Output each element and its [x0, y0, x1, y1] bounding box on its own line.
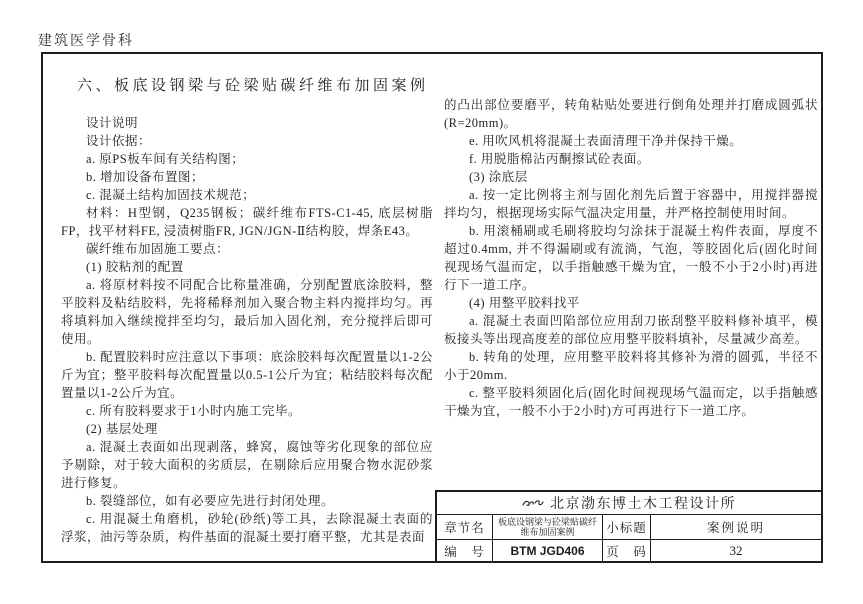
paragraph: b. 转角的处理，应用整平胶料将其修补为滑的圆弧，半径不小于20mm. [444, 348, 818, 384]
chapter-label: 章节名 [437, 515, 493, 539]
paragraph: a. 按一定比例将主剂与固化剂先后置于容器中，用搅拌器搅拌均匀，根据现场实际气温… [444, 186, 818, 222]
page-label: 页 码 [603, 540, 651, 561]
paragraph: a. 混凝土表面凹陷部位应用刮刀嵌刮整平胶料修补填平，模板接头等出现高度差的部位… [444, 312, 818, 348]
paragraph: (1) 胶粘剂的配置 [61, 258, 433, 276]
paragraph: a. 原PS板车间有关结构图； [61, 150, 433, 168]
signature-scribble-icon [522, 497, 544, 509]
paragraph: c. 用混凝土角磨机，砂轮(砂纸)等工具，去除混凝土表面的浮浆，油污等杂质，构件… [61, 510, 433, 546]
paragraph: e. 用吹风机将混凝土表面清理干净并保持干燥。 [444, 132, 818, 150]
document-page-frame: 六、板底设钢梁与砼梁贴碳纤维布加固案例 设计说明 设计依据： a. 原PS板车间… [41, 52, 823, 563]
paragraph: c. 所有胶料要求于1小时内施工完毕。 [61, 402, 433, 420]
paragraph: (3) 涂底层 [444, 168, 818, 186]
right-text-column: 的凸出部位要磨平，转角粘贴处要进行倒角处理并打磨成圆弧状(R=20mm)。 e.… [444, 96, 818, 420]
subtitle-value: 案例说明 [651, 515, 821, 539]
company-row: 北京渤东博土木工程设计所 [437, 492, 821, 515]
paragraph: c. 混凝土结构加固技术规范； [61, 186, 433, 204]
subtitle-label: 小标题 [603, 515, 651, 539]
paragraph: 设计说明 [61, 114, 433, 132]
paragraph: (2) 基层处理 [61, 420, 433, 438]
table-row: 章节名 板底设钢梁与砼梁贴碳纤维布加固案例 小标题 案例说明 [437, 515, 821, 540]
paragraph: a. 混凝土表面如出现剥落，蜂窝，腐蚀等劣化现象的部位应予剔除，对于较大面积的劣… [61, 438, 433, 492]
paragraph: 材料：H型钢，Q235钢板；碳纤维布FTS-C1-45, 底层树脂FP，找平材料… [61, 204, 433, 240]
chapter-value: 板底设钢梁与砼梁贴碳纤维布加固案例 [493, 515, 603, 539]
number-value: BTM JGD406 [493, 540, 603, 561]
paragraph: f. 用脱脂棉沾丙酮擦试砼表面。 [444, 150, 818, 168]
paragraph: c. 整平胶料须固化后(固化时间视现场气温而定，以手指触感干燥为宜，一般不小于2… [444, 384, 818, 420]
left-text-column: 设计说明 设计依据： a. 原PS板车间有关结构图； b. 增加设备布置图； c… [61, 114, 433, 546]
page-header-text: 建筑医学骨科 [38, 30, 134, 50]
paragraph: a. 将原材料按不同配合比称量准确，分别配置底涂胶料，整平胶料及粘结胶料，先将稀… [61, 276, 433, 348]
company-name: 北京渤东博土木工程设计所 [550, 493, 736, 513]
paragraph: 的凸出部位要磨平，转角粘贴处要进行倒角处理并打磨成圆弧状(R=20mm)。 [444, 96, 818, 132]
number-label: 编 号 [437, 540, 493, 561]
title-block-table: 北京渤东博土木工程设计所 章节名 板底设钢梁与砼梁贴碳纤维布加固案例 小标题 案… [435, 490, 823, 563]
paragraph: 设计依据： [61, 132, 433, 150]
paragraph: b. 用滚桶刷或毛刷将胶均匀涂抹于混凝土构件表面，厚度不超过0.4mm, 并不得… [444, 222, 818, 294]
table-row: 编 号 BTM JGD406 页 码 32 [437, 540, 821, 561]
paragraph: b. 裂缝部位，如有必要应先进行封闭处理。 [61, 492, 433, 510]
paragraph: 碳纤维布加固施工要点： [61, 240, 433, 258]
paragraph: b. 增加设备布置图； [61, 168, 433, 186]
paragraph: b. 配置胶料时应注意以下事项：底涂胶料每次配置量以1-2公斤为宜；整平胶料每次… [61, 348, 433, 402]
page-value: 32 [651, 540, 821, 561]
paragraph: (4) 用整平胶料找平 [444, 294, 818, 312]
page-title: 六、板底设钢梁与砼梁贴碳纤维布加固案例 [77, 74, 429, 95]
